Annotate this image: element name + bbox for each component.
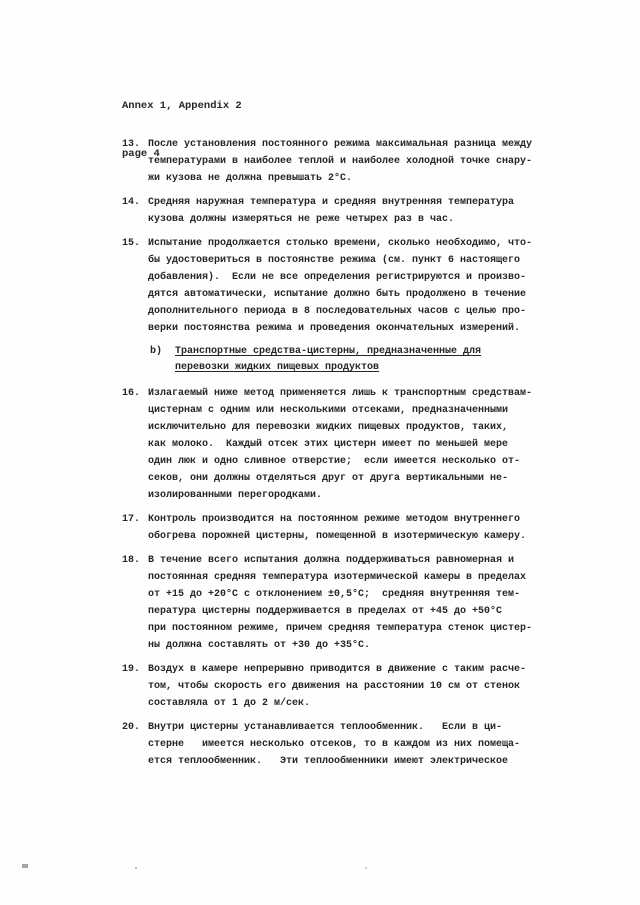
scan-artifact-speck [135, 867, 137, 869]
paragraph-number: 15. [122, 235, 148, 252]
paragraph-20: 20. Внутри цистерны устанавливается тепл… [122, 719, 562, 770]
paragraph-text: Внутри цистерны устанавливается теплообм… [148, 719, 520, 770]
paragraph-number: 19. [122, 661, 148, 678]
paragraph-19: 19. Воздух в камере непрерывно приводитс… [122, 661, 562, 712]
paragraph-number: 18. [122, 552, 148, 569]
paragraph-number: 17. [122, 511, 148, 528]
paragraph-text: Испытание продолжается столько времени, … [148, 235, 532, 337]
paragraph-13: 13. После установления постоянного режим… [122, 136, 562, 187]
paragraph-text: В течение всего испытания должна поддерж… [148, 552, 532, 654]
subsection-title: Транспортные средства-цистерны, предназн… [175, 344, 481, 376]
scan-artifact-speck [365, 867, 367, 869]
paragraph-number: 20. [122, 719, 148, 736]
subsection-b-heading: b) Транспортные средства-цистерны, предн… [150, 344, 562, 376]
paragraph-number: 14. [122, 194, 148, 211]
scan-artifact-speck [22, 864, 28, 868]
paragraph-15: 15. Испытание продолжается столько време… [122, 235, 562, 337]
paragraph-18: 18. В течение всего испытания должна под… [122, 552, 562, 654]
document-body: 13. После установления постоянного режим… [122, 136, 562, 777]
subsection-label: b) [150, 344, 175, 360]
paragraph-text: Контроль производится на постоянном режи… [148, 511, 526, 545]
paragraph-text: Воздух в камере непрерывно приводится в … [148, 661, 526, 712]
paragraph-16: 16. Излагаемый ниже метод применяется ли… [122, 385, 562, 504]
paragraph-17: 17. Контроль производится на постоянном … [122, 511, 562, 545]
paragraph-number: 16. [122, 385, 148, 402]
paragraph-text: Средняя наружная температура и средняя в… [148, 194, 514, 228]
paragraph-14: 14. Средняя наружная температура и средн… [122, 194, 562, 228]
paragraph-text: Излагаемый ниже метод применяется лишь к… [148, 385, 532, 504]
scanned-document-page: Annex 1, Appendix 2 page 4 13. После уст… [0, 0, 640, 905]
paragraph-text: После установления постоянного режима ма… [148, 136, 532, 187]
paragraph-number: 13. [122, 136, 148, 153]
header-annex-line: Annex 1, Appendix 2 [122, 98, 242, 114]
